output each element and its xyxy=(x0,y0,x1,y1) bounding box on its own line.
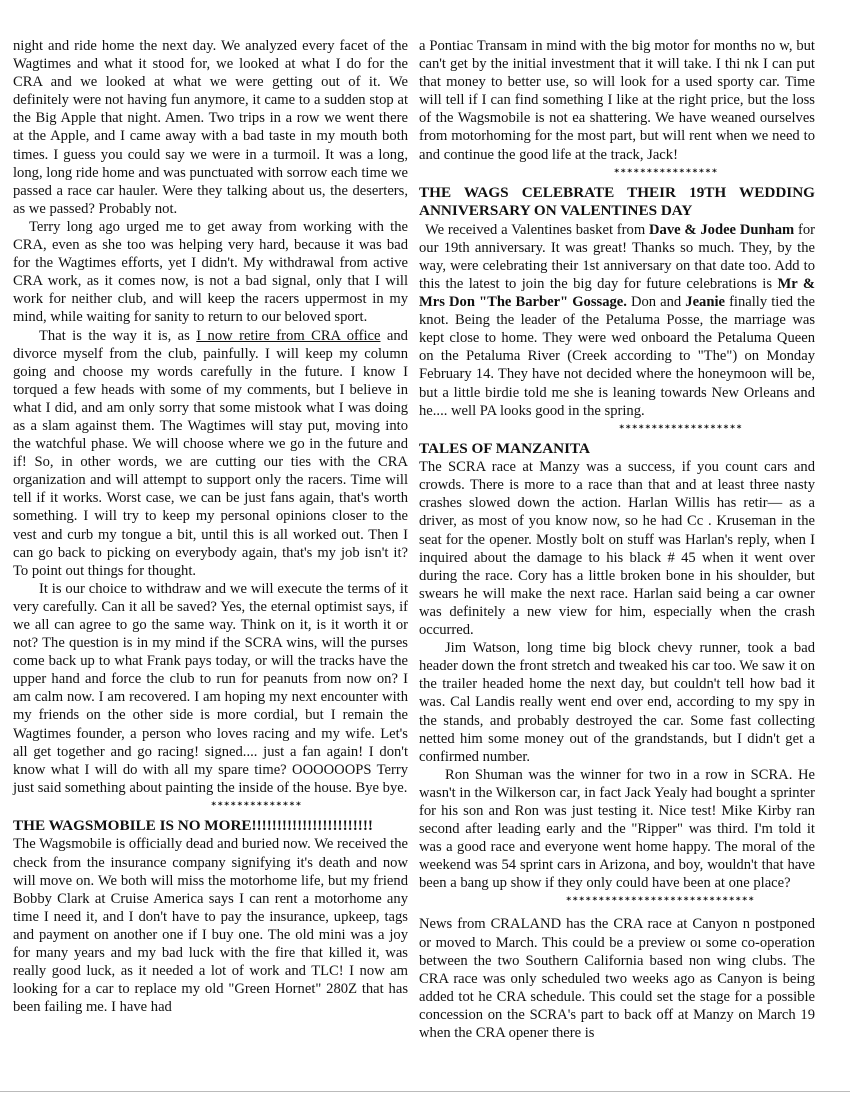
paragraph-craland-news: News from CRALAND has the CRA race at Ca… xyxy=(419,915,815,1042)
paragraph-wagsmobile: The Wagsmobile is officially dead and bu… xyxy=(13,835,408,1016)
retire-underlined-text: I now retire from CRA office xyxy=(196,328,380,344)
section-divider: **************** xyxy=(419,164,815,182)
right-column: a Pontiac Transam in mind with the big m… xyxy=(419,37,815,1042)
paragraph-ride-home: night and ride home the next day. We ana… xyxy=(13,37,408,218)
section-divider: ******************* xyxy=(419,420,815,438)
anniversary-text: Don and xyxy=(627,294,685,310)
paragraph-manzanita-scra-race: The SCRA race at Manzy was a success, if… xyxy=(419,458,815,639)
paragraph-terry-urged: Terry long ago urged me to get away from… xyxy=(13,218,408,327)
bold-name-jeanie: Jeanie xyxy=(685,294,725,310)
left-column: night and ride home the next day. We ana… xyxy=(13,37,408,1016)
bold-name-dunham: Dave & Jodee Dunham xyxy=(649,222,794,238)
section-divider: ***************************** xyxy=(419,892,815,910)
paragraph-our-choice: It is our choice to withdraw and we will… xyxy=(13,580,408,797)
paragraph-anniversary: We received a Valentines basket from Dav… xyxy=(419,221,815,420)
paragraph-jim-watson: Jim Watson, long time big block chevy ru… xyxy=(419,639,815,766)
paragraph-retire-from-office: That is the way it is, as I now retire f… xyxy=(13,327,408,580)
headline-anniversary: THE WAGS CELEBRATE THEIR 19TH WEDDING AN… xyxy=(419,184,815,221)
retire-body-text: and divorce myself from the club, painfu… xyxy=(13,328,408,579)
headline-manzanita: TALES OF MANZANITA xyxy=(419,440,815,459)
retire-intro-text: That is the way it is, as xyxy=(39,328,196,344)
anniversary-text: We received a Valentines basket from xyxy=(425,222,649,238)
headline-wagsmobile: THE WAGSMOBILE IS NO MORE!!!!!!!!!!!!!!!… xyxy=(13,817,408,836)
page-bottom-edge xyxy=(0,1091,850,1092)
newsletter-page: night and ride home the next day. We ana… xyxy=(0,0,850,1100)
anniversary-text: finally tied the knot. Being the leader … xyxy=(419,294,815,419)
paragraph-wagsmobile-continued: a Pontiac Transam in mind with the big m… xyxy=(419,37,815,164)
section-divider: ************** xyxy=(13,797,408,815)
paragraph-ron-shuman: Ron Shuman was the winner for two in a r… xyxy=(419,766,815,893)
